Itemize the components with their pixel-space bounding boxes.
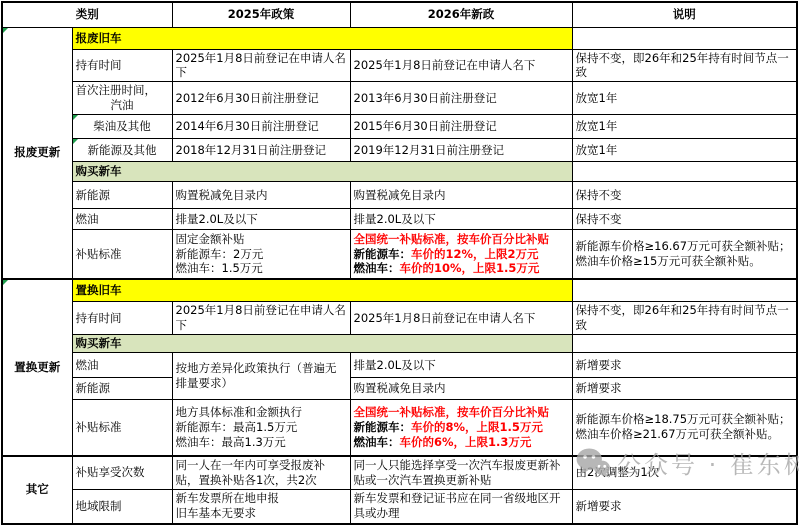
- subheader-swap-new: 购买新车: [72, 335, 572, 353]
- cell-swap-subsidy-2025: 地方具体标准和金额执行 新能源车：最高1.5万元 燃油车：最高1.3万元: [172, 400, 350, 456]
- swap-subsidy-row: 补贴标准 地方具体标准和金额执行 新能源车：最高1.5万元 燃油车：最高1.3万…: [2, 400, 797, 456]
- group-cell-other: 其它: [2, 456, 72, 524]
- cell-scrap-hold-note: 保持不变，即26年和25年持有时间节点一致: [572, 49, 797, 82]
- swap-fuel-row: 燃油 按地方差异化政策执行（普遍无排量要求） 排量2.0L及以下 新增要求: [2, 353, 797, 378]
- header-cell-2026: 2026年新政: [350, 2, 572, 27]
- scrap-nevother-row: 新能源及其他 2018年12月31日前注册登记 2019年12月31日前注册登记…: [2, 139, 797, 162]
- swap-old-subheader-row: 置换更新 置换旧车: [2, 279, 797, 302]
- group-cell-scrap: 报废更新: [2, 27, 72, 279]
- cell-scrap-firstreg-2026: 2013年6月30日前注册登记: [350, 82, 572, 115]
- cell-swap-new-note-empty: [572, 335, 797, 353]
- cell-swap-subsidy-note: 新能源车价格≥18.75万元可获全额补贴； 燃油车价格≥21.67万元可获全额补…: [572, 400, 797, 456]
- cell-corner-marker: [3, 280, 8, 285]
- cell-swap-hold-2026: 2025年1月8日前登记在申请人名下: [350, 302, 572, 335]
- cell-scrap-nevother-label: 新能源及其他: [72, 139, 172, 162]
- cell-swap-hold-2025: 2025年1月8日前登记在申请人名下: [172, 302, 350, 335]
- cell-scrap-subsidy-2026: 全国统一补贴标准，按车价百分比补贴 新能源车：车价的12%，上限2万元 燃油车：…: [350, 230, 572, 279]
- scrap-old-subheader-row: 报废更新 报废旧车: [2, 27, 797, 49]
- cell-corner-marker: [73, 115, 78, 120]
- subheader-swap-old: 置换旧车: [72, 279, 572, 302]
- cell-scrap-subsidy-label: 补贴标准: [72, 230, 172, 279]
- cell-scrap-nev-2025: 购置税减免目录内: [172, 182, 350, 209]
- cell-scrap-nev-note: 保持不变: [572, 182, 797, 209]
- cell-scrap-nevother-note: 放宽1年: [572, 139, 797, 162]
- cell-swap-nev-note: 新增要求: [572, 378, 797, 400]
- cell-other-count-2025: 同一人在一年内可享受报废补贴，置换补贴各1次，共2次: [172, 456, 350, 490]
- swap-new-subheader-row: 购买新车: [2, 335, 797, 353]
- cell-scrap-hold-label: 持有时间: [72, 49, 172, 82]
- cell-scrap-diesel-2025: 2014年6月30日前注册登记: [172, 115, 350, 139]
- cell-swap-old-note-empty: [572, 279, 797, 302]
- cell-scrap-hold-2026: 2025年1月8日前登记在申请人名下: [350, 49, 572, 82]
- cell-scrap-nevother-2025: 2018年12月31日前注册登记: [172, 139, 350, 162]
- cell-swap-nev-2026: 购置税减免目录内: [350, 378, 572, 400]
- cell-scrap-firstreg-2025: 2012年6月30日前注册登记: [172, 82, 350, 115]
- cell-swap-subsidy-2026: 全国统一补贴标准，按车价百分比补贴 新能源车：车价的8%，上限1.5万元 燃油车…: [350, 400, 572, 456]
- cell-swap-fuel-2026: 排量2.0L及以下: [350, 353, 572, 378]
- cell-scrap-firstreg-note: 放宽1年: [572, 82, 797, 115]
- subheader-scrap-new: 购买新车: [72, 162, 572, 182]
- cell-swap-fuel-label: 燃油: [72, 353, 172, 378]
- cell-scrap-subsidy-2025: 固定金额补贴 新能源车：2万元 燃油车：1.5万元: [172, 230, 350, 279]
- scrap-diesel-row: 柴油及其他 2014年6月30日前注册登记 2015年6月30日前注册登记 放宽…: [2, 115, 797, 139]
- cell-other-count-2026: 同一人只能选择享受一次汽车报废更新补贴或一次汽车置换更新补贴: [350, 456, 572, 490]
- cell-corner-marker: [73, 139, 78, 144]
- cell-scrap-diesel-label: 柴油及其他: [72, 115, 172, 139]
- cell-swap-subsidy-label: 补贴标准: [72, 400, 172, 456]
- scrap-new-subheader-row: 购买新车: [2, 162, 797, 182]
- cell-scrap-subsidy-note: 新能源车价格≥16.67万元可获全额补贴； 燃油车价格≥15万元可获全额补贴。: [572, 230, 797, 279]
- cell-other-count-note: 由2次调整为1次: [572, 456, 797, 490]
- cell-corner-marker: [3, 28, 8, 33]
- cell-scrap-old-note-empty: [572, 27, 797, 49]
- swap-hold-row: 持有时间 2025年1月8日前登记在申请人名下 2025年1月8日前登记在申请人…: [2, 302, 797, 335]
- header-cell-2025: 2025年政策: [172, 2, 350, 27]
- cell-scrap-fuel-2026: 排量2.0L及以下: [350, 209, 572, 230]
- scrap-firstreg-row: 首次注册时间， 汽油 2012年6月30日前注册登记 2013年6月30日前注册…: [2, 82, 797, 115]
- cell-scrap-diesel-2026: 2015年6月30日前注册登记: [350, 115, 572, 139]
- subheader-scrap-old: 报废旧车: [72, 27, 572, 49]
- cell-scrap-firstreg-label: 首次注册时间， 汽油: [72, 82, 172, 115]
- cell-swap-nev-label: 新能源: [72, 378, 172, 400]
- cell-scrap-diesel-note: 放宽1年: [572, 115, 797, 139]
- cell-swap-hold-label: 持有时间: [72, 302, 172, 335]
- cell-scrap-fuel-note: 保持不变: [572, 209, 797, 230]
- cell-other-count-label: 补贴享受次数: [72, 456, 172, 490]
- other-region-row: 地域限制 新车发票所在地申报 旧车基本无要求 新车发票和登记证书应在同一省级地区…: [2, 490, 797, 524]
- cell-scrap-new-note-empty: [572, 162, 797, 182]
- cell-scrap-nev-label: 新能源: [72, 182, 172, 209]
- other-count-row: 其它 补贴享受次数 同一人在一年内可享受报废补贴，置换补贴各1次，共2次 同一人…: [2, 456, 797, 490]
- scrap-subsidy-row: 补贴标准 固定金额补贴 新能源车：2万元 燃油车：1.5万元 全国统一补贴标准，…: [2, 230, 797, 279]
- scrap-fuel-row: 燃油 排量2.0L及以下 排量2.0L及以下 保持不变: [2, 209, 797, 230]
- cell-swap-fuel-note: 新增要求: [572, 353, 797, 378]
- cell-other-region-note: 新增要求: [572, 490, 797, 524]
- group-cell-swap: 置换更新: [2, 279, 72, 456]
- cell-swap-hold-note: 保持不变，即26年和25年持有时间节点一致: [572, 302, 797, 335]
- header-cell-category: 类别: [2, 2, 172, 27]
- cell-other-region-2025: 新车发票所在地申报 旧车基本无要求: [172, 490, 350, 524]
- scrap-hold-row: 持有时间 2025年1月8日前登记在申请人名下 2025年1月8日前登记在申请人…: [2, 49, 797, 82]
- policy-comparison-table: 类别 2025年政策 2026年新政 说明 报废更新 报废旧车 持有时间 202…: [1, 1, 798, 525]
- cell-scrap-nevother-2026: 2019年12月31日前注册登记: [350, 139, 572, 162]
- header-cell-note: 说明: [572, 2, 797, 27]
- header-row: 类别 2025年政策 2026年新政 说明: [2, 2, 797, 27]
- scrap-nev-row: 新能源 购置税减免目录内 购置税减免目录内 保持不变: [2, 182, 797, 209]
- cell-scrap-hold-2025: 2025年1月8日前登记在申请人名下: [172, 49, 350, 82]
- cell-scrap-fuel-2025: 排量2.0L及以下: [172, 209, 350, 230]
- cell-other-region-label: 地域限制: [72, 490, 172, 524]
- swap-nev-row: 新能源 购置税减免目录内 新增要求: [2, 378, 797, 400]
- cell-scrap-nev-2026: 购置税减免目录内: [350, 182, 572, 209]
- cell-other-region-2026: 新车发票和登记证书应在同一省级地区开具或办理: [350, 490, 572, 524]
- cell-swap-merged-2025: 按地方差异化政策执行（普遍无排量要求）: [172, 353, 350, 400]
- cell-scrap-fuel-label: 燃油: [72, 209, 172, 230]
